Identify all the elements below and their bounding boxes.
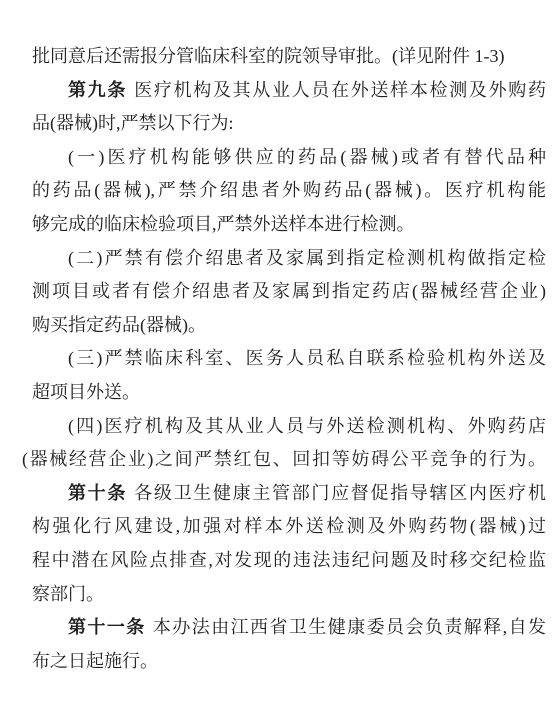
line-text: 构强化行风建设,加强对样本外送检测及外购药物(器械)过: [32, 516, 546, 536]
text-line: 品(器械)时,严禁以下行为:: [32, 107, 546, 141]
text-line: 第十一条本办法由江西省卫生健康委员会负责解释,自发: [32, 611, 546, 645]
text-line: 超项目外送。: [32, 376, 546, 410]
line-text: 本办法由江西省卫生健康委员会负责解释,自发: [153, 617, 546, 637]
line-text: 批同意后还需报分管临床科室的院领导审批。(详见附件 1-3): [32, 46, 504, 66]
line-text: (三)严禁临床科室、医务人员私自联系检验机构外送及: [68, 348, 546, 368]
text-line: 程中潜在风险点排查,对发现的违法违纪问题及时移交纪检监: [32, 544, 546, 578]
line-text: 医疗机构及其从业人员在外送样本检测及外购药: [134, 80, 546, 100]
text-line: 第九条医疗机构及其从业人员在外送样本检测及外购药: [32, 74, 546, 108]
text-line: (四)医疗机构及其从业人员与外送检测机构、外购药店: [32, 410, 546, 444]
text-line: 布之日起施行。: [32, 645, 546, 679]
line-text: 布之日起施行。: [32, 651, 158, 671]
line-text: (器械经营企业)之间严禁红包、回扣等妨碍公平竞争的行为。: [22, 449, 546, 469]
line-text: 品(器械)时,严禁以下行为:: [32, 113, 234, 133]
line-text: (四)医疗机构及其从业人员与外送检测机构、外购药店: [68, 416, 546, 436]
text-line: (器械经营企业)之间严禁红包、回扣等妨碍公平竞争的行为。: [22, 443, 546, 477]
article-number: 第九条: [68, 80, 127, 100]
text-line: 购买指定药品(器械)。: [32, 309, 546, 343]
line-text: 的药品(器械),严禁介绍患者外购药品(器械)。医疗机构能: [32, 180, 546, 200]
text-line: 的药品(器械),严禁介绍患者外购药品(器械)。医疗机构能: [32, 174, 546, 208]
line-text: 各级卫生健康主管部门应督促指导辖区内医疗机: [134, 483, 546, 503]
line-text: 程中潜在风险点排查,对发现的违法违纪问题及时移交纪检监: [32, 550, 546, 570]
text-line: (一)医疗机构能够供应的药品(器械)或者有替代品种: [32, 141, 546, 175]
text-line: 测项目或者有偿介绍患者及家属到指定药店(器械经营企业): [32, 275, 546, 309]
text-line: 第十条各级卫生健康主管部门应督促指导辖区内医疗机: [32, 477, 546, 511]
document-body: 批同意后还需报分管临床科室的院领导审批。(详见附件 1-3)第九条医疗机构及其从…: [32, 40, 546, 678]
line-text: 察部门。: [32, 584, 104, 604]
text-line: 察部门。: [32, 578, 546, 612]
line-text: 购买指定药品(器械)。: [32, 315, 206, 335]
line-text: 测项目或者有偿介绍患者及家属到指定药店(器械经营企业): [32, 281, 546, 301]
document-page: 批同意后还需报分管临床科室的院领导审批。(详见附件 1-3)第九条医疗机构及其从…: [0, 0, 560, 719]
text-line: (二)严禁有偿介绍患者及家属到指定检测机构做指定检: [32, 242, 546, 276]
text-line: (三)严禁临床科室、医务人员私自联系检验机构外送及: [32, 342, 546, 376]
text-line: 够完成的临床检验项目,严禁外送样本进行检测。: [32, 208, 546, 242]
text-line: 构强化行风建设,加强对样本外送检测及外购药物(器械)过: [32, 510, 546, 544]
line-text: (一)医疗机构能够供应的药品(器械)或者有替代品种: [68, 147, 546, 167]
text-line: 批同意后还需报分管临床科室的院领导审批。(详见附件 1-3): [32, 40, 546, 74]
line-text: (二)严禁有偿介绍患者及家属到指定检测机构做指定检: [68, 248, 546, 268]
article-number: 第十条: [68, 483, 127, 503]
article-number: 第十一条: [68, 617, 146, 637]
line-text: 够完成的临床检验项目,严禁外送样本进行检测。: [32, 214, 415, 234]
line-text: 超项目外送。: [32, 382, 140, 402]
